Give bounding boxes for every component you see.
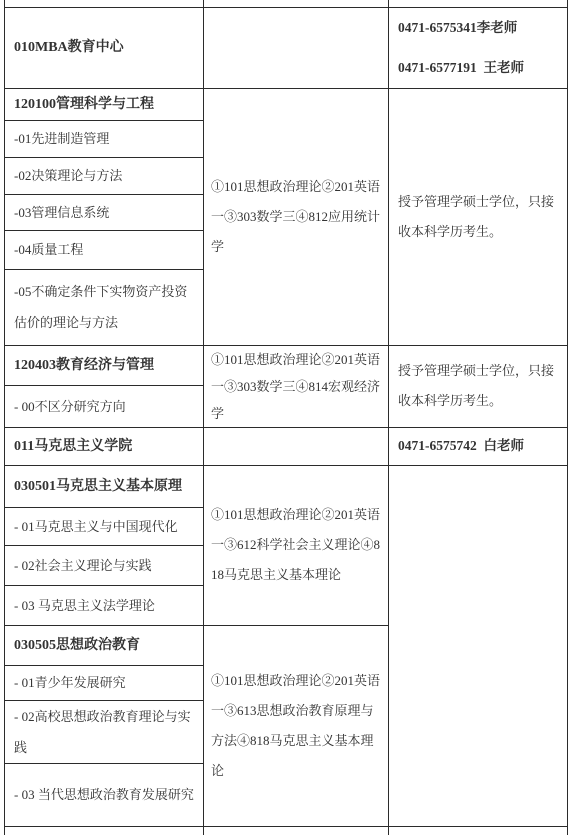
contact-phone-li: 0471-6575341李老师 [398,8,561,48]
note-cell-120403: 授予管理学硕士学位，只接收本科学历考生。 [389,345,568,427]
table-row-mba-center: 010MBA教育中心 0471-6575341李老师 0471-6577191 … [5,7,568,88]
direction-cell: -01先进制造管理 [5,120,204,157]
direction-cell: - 01马克思主义与中国现代化 [5,507,204,545]
direction-cell: - 00不区分研究方向 [5,385,204,427]
empty-cell [5,826,204,835]
admissions-table: 010MBA教育中心 0471-6575341李老师 0471-6577191 … [4,0,568,835]
subjects-cell-030505: ①101思想政治理论②201英语一③613思想政治教育原理与方法④818马克思主… [204,625,389,826]
subjects-cell-030501: ①101思想政治理论②201英语一③612科学社会主义理论④818马克思主义基本… [204,465,389,625]
subjects-cell-marxism-empty [204,427,389,465]
subjects-cell-120100: ①101思想政治理论②201英语一③303数学三④812应用统计学 [204,88,389,345]
direction-cell: -04质量工程 [5,230,204,269]
subjects-cell-mba-empty [204,7,389,88]
table-row-cutoff-top [5,0,568,7]
contact-phone-bai: 0471-6575742 白老师 [398,431,561,461]
note-cell-marxism-empty [389,465,568,826]
table-row-program-120100: 120100管理科学与工程 ①101思想政治理论②201英语一③303数学三④8… [5,88,568,120]
direction-cell: -05不确定条件下实物资产投资估价的理论与方法 [5,269,204,345]
direction-cell: - 03 马克思主义法学理论 [5,585,204,625]
empty-cell [389,826,568,835]
catalog-page: 010MBA教育中心 0471-6575341李老师 0471-6577191 … [0,0,575,835]
program-cell-120100: 120100管理科学与工程 [5,88,204,120]
direction-cell: -03管理信息系统 [5,194,204,230]
empty-cell [5,0,204,7]
contact-cell-marxism: 0471-6575742 白老师 [389,427,568,465]
direction-cell: -02决策理论与方法 [5,157,204,194]
note-cell-120100: 授予管理学硕士学位，只接收本科学历考生。 [389,88,568,345]
direction-cell: - 01青少年发展研究 [5,665,204,700]
empty-cell [389,0,568,7]
contact-cell-mba: 0471-6575341李老师 0471-6577191 王老师 [389,7,568,88]
direction-cell: - 02高校思想政治教育理论与实践 [5,700,204,763]
table-row-cutoff-bottom [5,826,568,835]
program-cell-030501: 030501马克思主义基本原理 [5,465,204,507]
dept-cell-mba: 010MBA教育中心 [5,7,204,88]
table-row-program-120403: 120403教育经济与管理 ①101思想政治理论②201英语一③303数学三④8… [5,345,568,385]
table-row-program-030501: 030501马克思主义基本原理 ①101思想政治理论②201英语一③612科学社… [5,465,568,507]
empty-cell [204,0,389,7]
table-row-marxism-school: 011马克思主义学院 0471-6575742 白老师 [5,427,568,465]
program-cell-030505: 030505思想政治教育 [5,625,204,665]
subjects-cell-120403: ①101思想政治理论②201英语一③303数学三④814宏观经济学 [204,345,389,427]
empty-cell [204,826,389,835]
contact-phone-wang: 0471-6577191 王老师 [398,48,561,88]
dept-cell-marxism: 011马克思主义学院 [5,427,204,465]
program-cell-120403: 120403教育经济与管理 [5,345,204,385]
direction-cell: - 03 当代思想政治教育发展研究 [5,763,204,826]
direction-cell: - 02社会主义理论与实践 [5,545,204,585]
